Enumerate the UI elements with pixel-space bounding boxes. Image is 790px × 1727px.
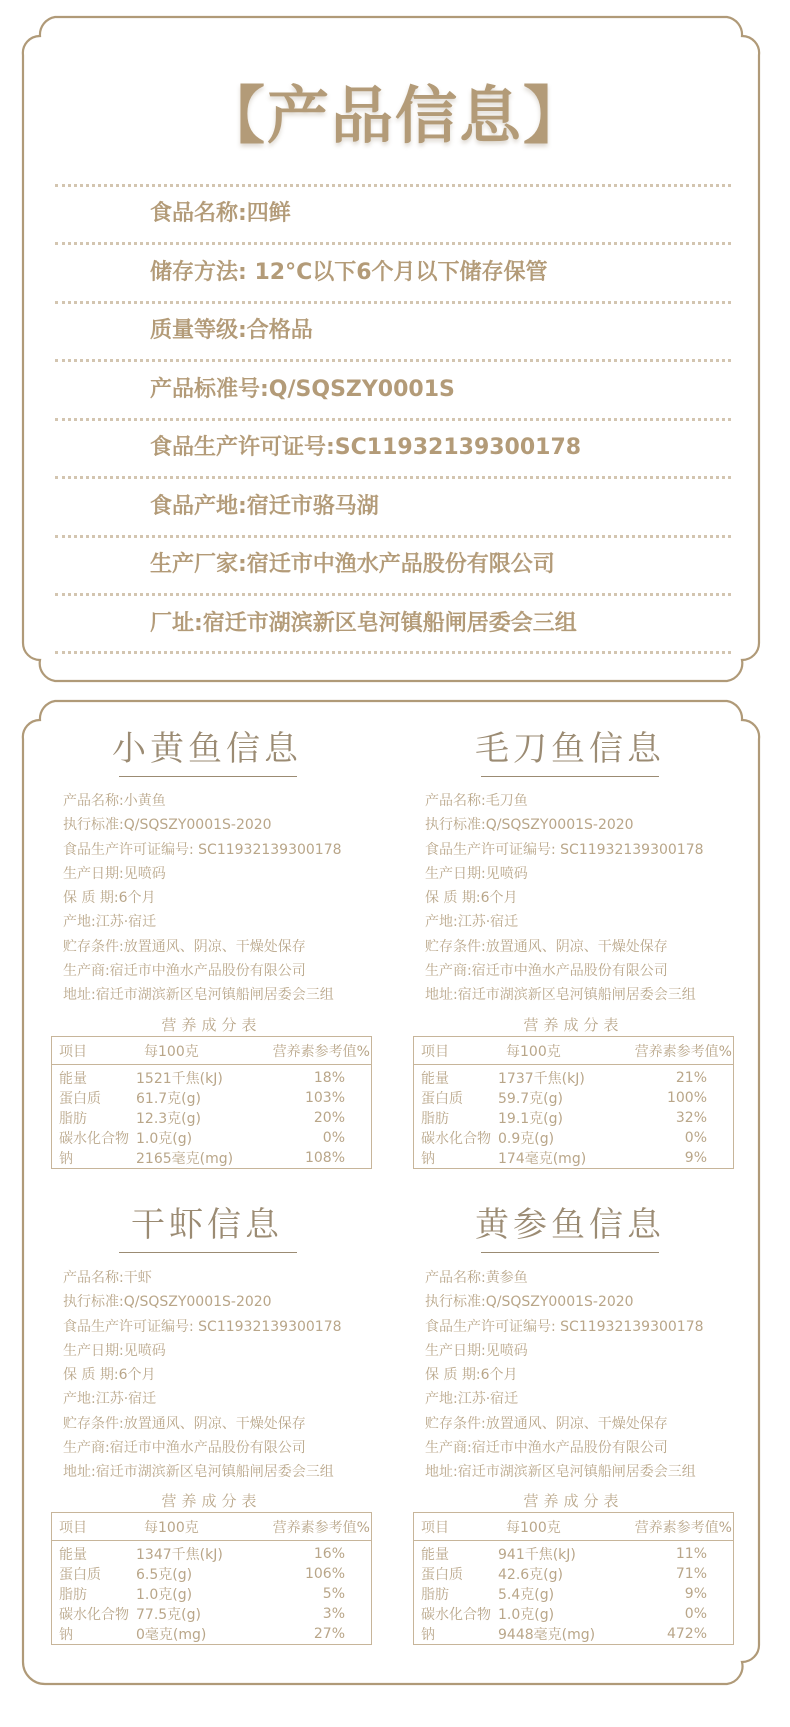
cell-nutrient: 钠 xyxy=(414,1624,498,1644)
cell-nrv: 71% xyxy=(608,1566,733,1582)
cell-amount: 61.7克(g) xyxy=(136,1088,246,1108)
table-row: 碳水化合物1.0克(g)0% xyxy=(52,1128,371,1148)
cell-amount: 0.9克(g) xyxy=(498,1128,608,1148)
table-row: 能量1521千焦(kJ)18% xyxy=(52,1068,371,1088)
title-underline xyxy=(481,776,659,777)
cell-amount: 1.0克(g) xyxy=(136,1128,246,1148)
dotted-divider xyxy=(55,651,731,654)
cell-nrv: 103% xyxy=(246,1090,371,1106)
info-row-standard: 产品标准号:Q/SQSZY0001S xyxy=(150,376,455,404)
cell-amount: 0毫克(mg) xyxy=(136,1624,246,1644)
table-row: 碳水化合物1.0克(g)0% xyxy=(414,1604,733,1624)
info-line: 地址:宿迁市湖滨新区皂河镇船闸居委会三组 xyxy=(425,983,704,1007)
info-line: 生产日期:见喷码 xyxy=(63,1339,342,1363)
cell-nutrient: 能量 xyxy=(52,1068,136,1088)
table-row: 脂肪12.3克(g)20% xyxy=(52,1108,371,1128)
dotted-divider xyxy=(55,593,731,596)
header-item: 项目 xyxy=(414,1517,498,1537)
info-line: 产品名称:毛刀鱼 xyxy=(425,789,704,813)
table-header: 项目 每100克 营养素参考值% xyxy=(414,1513,733,1541)
table-row: 蛋白质6.5克(g)106% xyxy=(52,1564,371,1584)
cell-nutrient: 蛋白质 xyxy=(414,1564,498,1584)
cell-nrv: 9% xyxy=(608,1586,733,1602)
table-row: 碳水化合物0.9克(g)0% xyxy=(414,1128,733,1148)
cell-amount: 174毫克(mg) xyxy=(498,1148,608,1168)
info-line: 产品名称:干虾 xyxy=(63,1266,342,1290)
cell-nutrient: 碳水化合物 xyxy=(52,1128,136,1148)
header-nrv: 营养素参考值% xyxy=(246,1041,371,1061)
table-row: 能量1737千焦(kJ)21% xyxy=(414,1068,733,1088)
nutrition-table: 项目 每100克 营养素参考值% 能量1737千焦(kJ)21% 蛋白质59.7… xyxy=(413,1036,734,1169)
info-line: 执行标准:Q/SQSZY0001S-2020 xyxy=(63,1290,342,1314)
header-item: 项目 xyxy=(52,1517,136,1537)
title-underline xyxy=(119,1252,297,1253)
info-row-license: 食品生产许可证号:SC11932139300178 xyxy=(150,434,581,462)
cell-amount: 12.3克(g) xyxy=(136,1108,246,1128)
info-row-storage: 储存方法: 12°C以下6个月以下储存保管 xyxy=(150,259,548,287)
cell-amount: 941千焦(kJ) xyxy=(498,1544,608,1564)
info-line: 执行标准:Q/SQSZY0001S-2020 xyxy=(425,813,704,837)
header-nrv: 营养素参考值% xyxy=(608,1517,733,1537)
nutrition-table: 项目 每100克 营养素参考值% 能量1521千焦(kJ)18% 蛋白质61.7… xyxy=(51,1036,372,1169)
header-per-100g: 每100克 xyxy=(498,1041,608,1061)
cell-nutrient: 碳水化合物 xyxy=(414,1604,498,1624)
cell-nrv: 9% xyxy=(608,1150,733,1166)
info-line: 贮存条件:放置通风、阴凉、干燥处保存 xyxy=(425,935,704,959)
nutrition-table-title: 营养成分表 xyxy=(51,1491,372,1511)
table-row: 蛋白质42.6克(g)71% xyxy=(414,1564,733,1584)
cell-amount: 5.4克(g) xyxy=(498,1584,608,1604)
dotted-divider xyxy=(55,242,731,245)
table-row: 能量941千焦(kJ)11% xyxy=(414,1544,733,1564)
info-line: 产地:江苏·宿迁 xyxy=(63,910,342,934)
cell-nutrient: 脂肪 xyxy=(414,1108,498,1128)
cell-nrv: 106% xyxy=(246,1566,371,1582)
section-title: 小黄鱼信息 xyxy=(87,729,327,769)
info-line: 保 质 期:6个月 xyxy=(63,1363,342,1387)
nutrition-table-title: 营养成分表 xyxy=(51,1015,372,1035)
info-line: 执行标准:Q/SQSZY0001S-2020 xyxy=(63,813,342,837)
cell-amount: 1.0克(g) xyxy=(498,1604,608,1624)
cell-amount: 59.7克(g) xyxy=(498,1088,608,1108)
cell-amount: 2165毫克(mg) xyxy=(136,1148,246,1168)
info-row-manufacturer: 生产厂家:宿迁市中渔水产品股份有限公司 xyxy=(150,551,555,579)
info-line: 产品名称:黄参鱼 xyxy=(425,1266,704,1290)
table-row: 钠174毫克(mg)9% xyxy=(414,1148,733,1168)
info-line: 地址:宿迁市湖滨新区皂河镇船闸居委会三组 xyxy=(63,1460,342,1484)
info-line: 产地:江苏·宿迁 xyxy=(63,1387,342,1411)
cell-nrv: 5% xyxy=(246,1586,371,1602)
title-underline xyxy=(119,776,297,777)
cell-nrv: 21% xyxy=(608,1070,733,1086)
cell-nutrient: 脂肪 xyxy=(52,1584,136,1604)
cell-amount: 1347千焦(kJ) xyxy=(136,1544,246,1564)
info-line: 贮存条件:放置通风、阴凉、干燥处保存 xyxy=(63,1412,342,1436)
cell-nrv: 0% xyxy=(246,1130,371,1146)
nutrition-table-title: 营养成分表 xyxy=(413,1015,734,1035)
cell-nutrient: 钠 xyxy=(52,1624,136,1644)
table-row: 脂肪5.4克(g)9% xyxy=(414,1584,733,1604)
cell-amount: 19.1克(g) xyxy=(498,1108,608,1128)
header-item: 项目 xyxy=(52,1041,136,1061)
info-row-address: 厂址:宿迁市湖滨新区皂河镇船闸居委会三组 xyxy=(150,610,577,638)
title-underline xyxy=(481,1252,659,1253)
cell-amount: 42.6克(g) xyxy=(498,1564,608,1584)
nutrition-table: 项目 每100克 营养素参考值% 能量1347千焦(kJ)16% 蛋白质6.5克… xyxy=(51,1512,372,1645)
header-per-100g: 每100克 xyxy=(136,1041,246,1061)
dotted-divider xyxy=(55,184,731,187)
cell-nrv: 0% xyxy=(608,1606,733,1622)
cell-nutrient: 能量 xyxy=(414,1544,498,1564)
info-line: 地址:宿迁市湖滨新区皂河镇船闸居委会三组 xyxy=(63,983,342,1007)
section-title: 毛刀鱼信息 xyxy=(450,729,690,769)
info-line: 贮存条件:放置通风、阴凉、干燥处保存 xyxy=(63,935,342,959)
nutrition-table-title: 营养成分表 xyxy=(413,1491,734,1511)
info-line: 食品生产许可证编号: SC11932139300178 xyxy=(63,1315,342,1339)
header-per-100g: 每100克 xyxy=(136,1517,246,1537)
cell-nutrient: 脂肪 xyxy=(52,1108,136,1128)
cell-nrv: 16% xyxy=(246,1546,371,1562)
info-line: 生产商:宿迁市中渔水产品股份有限公司 xyxy=(425,959,704,983)
product-info-list: 产品名称:干虾 执行标准:Q/SQSZY0001S-2020 食品生产许可证编号… xyxy=(63,1266,342,1485)
product-info-list: 产品名称:小黄鱼 执行标准:Q/SQSZY0001S-2020 食品生产许可证编… xyxy=(63,789,342,1008)
header-item: 项目 xyxy=(414,1041,498,1061)
cell-amount: 77.5克(g) xyxy=(136,1604,246,1624)
info-line: 地址:宿迁市湖滨新区皂河镇船闸居委会三组 xyxy=(425,1460,704,1484)
info-line: 产品名称:小黄鱼 xyxy=(63,789,342,813)
cell-nutrient: 碳水化合物 xyxy=(414,1128,498,1148)
info-row-quality-grade: 质量等级:合格品 xyxy=(150,317,313,345)
info-line: 食品生产许可证编号: SC11932139300178 xyxy=(425,1315,704,1339)
info-line: 执行标准:Q/SQSZY0001S-2020 xyxy=(425,1290,704,1314)
dotted-divider xyxy=(55,476,731,479)
product-info-list: 产品名称:黄参鱼 执行标准:Q/SQSZY0001S-2020 食品生产许可证编… xyxy=(425,1266,704,1485)
section-title: 黄参鱼信息 xyxy=(450,1205,690,1245)
cell-amount: 9448毫克(mg) xyxy=(498,1624,608,1644)
cell-nutrient: 蛋白质 xyxy=(52,1088,136,1108)
cell-nrv: 20% xyxy=(246,1110,371,1126)
info-line: 生产日期:见喷码 xyxy=(63,862,342,886)
cell-nutrient: 脂肪 xyxy=(414,1584,498,1604)
cell-amount: 1521千焦(kJ) xyxy=(136,1068,246,1088)
info-line: 产地:江苏·宿迁 xyxy=(425,1387,704,1411)
cell-nutrient: 蛋白质 xyxy=(52,1564,136,1584)
info-row-food-name: 食品名称:四鲜 xyxy=(150,200,291,228)
table-row: 钠9448毫克(mg)472% xyxy=(414,1624,733,1644)
table-row: 钠0毫克(mg)27% xyxy=(52,1624,371,1644)
nutrition-table: 项目 每100克 营养素参考值% 能量941千焦(kJ)11% 蛋白质42.6克… xyxy=(413,1512,734,1645)
table-row: 蛋白质59.7克(g)100% xyxy=(414,1088,733,1108)
cell-nutrient: 钠 xyxy=(52,1148,136,1168)
info-line: 产地:江苏·宿迁 xyxy=(425,910,704,934)
product-info-list: 产品名称:毛刀鱼 执行标准:Q/SQSZY0001S-2020 食品生产许可证编… xyxy=(425,789,704,1008)
cell-nrv: 18% xyxy=(246,1070,371,1086)
table-header: 项目 每100克 营养素参考值% xyxy=(52,1513,371,1541)
cell-nutrient: 蛋白质 xyxy=(414,1088,498,1108)
cell-nrv: 3% xyxy=(246,1606,371,1622)
info-line: 生产商:宿迁市中渔水产品股份有限公司 xyxy=(425,1436,704,1460)
info-line: 生产日期:见喷码 xyxy=(425,862,704,886)
cell-amount: 6.5克(g) xyxy=(136,1564,246,1584)
info-line: 食品生产许可证编号: SC11932139300178 xyxy=(425,838,704,862)
table-row: 蛋白质61.7克(g)103% xyxy=(52,1088,371,1108)
table-row: 碳水化合物77.5克(g)3% xyxy=(52,1604,371,1624)
info-line: 生产商:宿迁市中渔水产品股份有限公司 xyxy=(63,959,342,983)
cell-nutrient: 能量 xyxy=(414,1068,498,1088)
cell-nutrient: 能量 xyxy=(52,1544,136,1564)
header-nrv: 营养素参考值% xyxy=(246,1517,371,1537)
info-line: 生产日期:见喷码 xyxy=(425,1339,704,1363)
info-line: 保 质 期:6个月 xyxy=(425,1363,704,1387)
cell-nrv: 472% xyxy=(608,1626,733,1642)
dotted-divider xyxy=(55,359,731,362)
info-line: 生产商:宿迁市中渔水产品股份有限公司 xyxy=(63,1436,342,1460)
cell-nrv: 27% xyxy=(246,1626,371,1642)
table-header: 项目 每100克 营养素参考值% xyxy=(52,1037,371,1065)
cell-amount: 1737千焦(kJ) xyxy=(498,1068,608,1088)
cell-nutrient: 碳水化合物 xyxy=(52,1604,136,1624)
dotted-divider xyxy=(55,535,731,538)
header-nrv: 营养素参考值% xyxy=(608,1041,733,1061)
dotted-divider xyxy=(55,301,731,304)
cell-amount: 1.0克(g) xyxy=(136,1584,246,1604)
section-title: 干虾信息 xyxy=(87,1205,327,1245)
info-line: 保 质 期:6个月 xyxy=(63,886,342,910)
header-per-100g: 每100克 xyxy=(498,1517,608,1537)
cell-nrv: 108% xyxy=(246,1150,371,1166)
info-line: 食品生产许可证编号: SC11932139300178 xyxy=(63,838,342,862)
table-row: 能量1347千焦(kJ)16% xyxy=(52,1544,371,1564)
dotted-divider xyxy=(55,418,731,421)
table-row: 脂肪1.0克(g)5% xyxy=(52,1584,371,1604)
info-line: 保 质 期:6个月 xyxy=(425,886,704,910)
cell-nrv: 32% xyxy=(608,1110,733,1126)
cell-nrv: 11% xyxy=(608,1546,733,1562)
page-title: 【产品信息】 xyxy=(0,66,790,155)
info-row-origin: 食品产地:宿迁市骆马湖 xyxy=(150,493,379,521)
cell-nrv: 0% xyxy=(608,1130,733,1146)
cell-nrv: 100% xyxy=(608,1090,733,1106)
table-row: 钠2165毫克(mg)108% xyxy=(52,1148,371,1168)
info-line: 贮存条件:放置通风、阴凉、干燥处保存 xyxy=(425,1412,704,1436)
table-header: 项目 每100克 营养素参考值% xyxy=(414,1037,733,1065)
table-row: 脂肪19.1克(g)32% xyxy=(414,1108,733,1128)
cell-nutrient: 钠 xyxy=(414,1148,498,1168)
